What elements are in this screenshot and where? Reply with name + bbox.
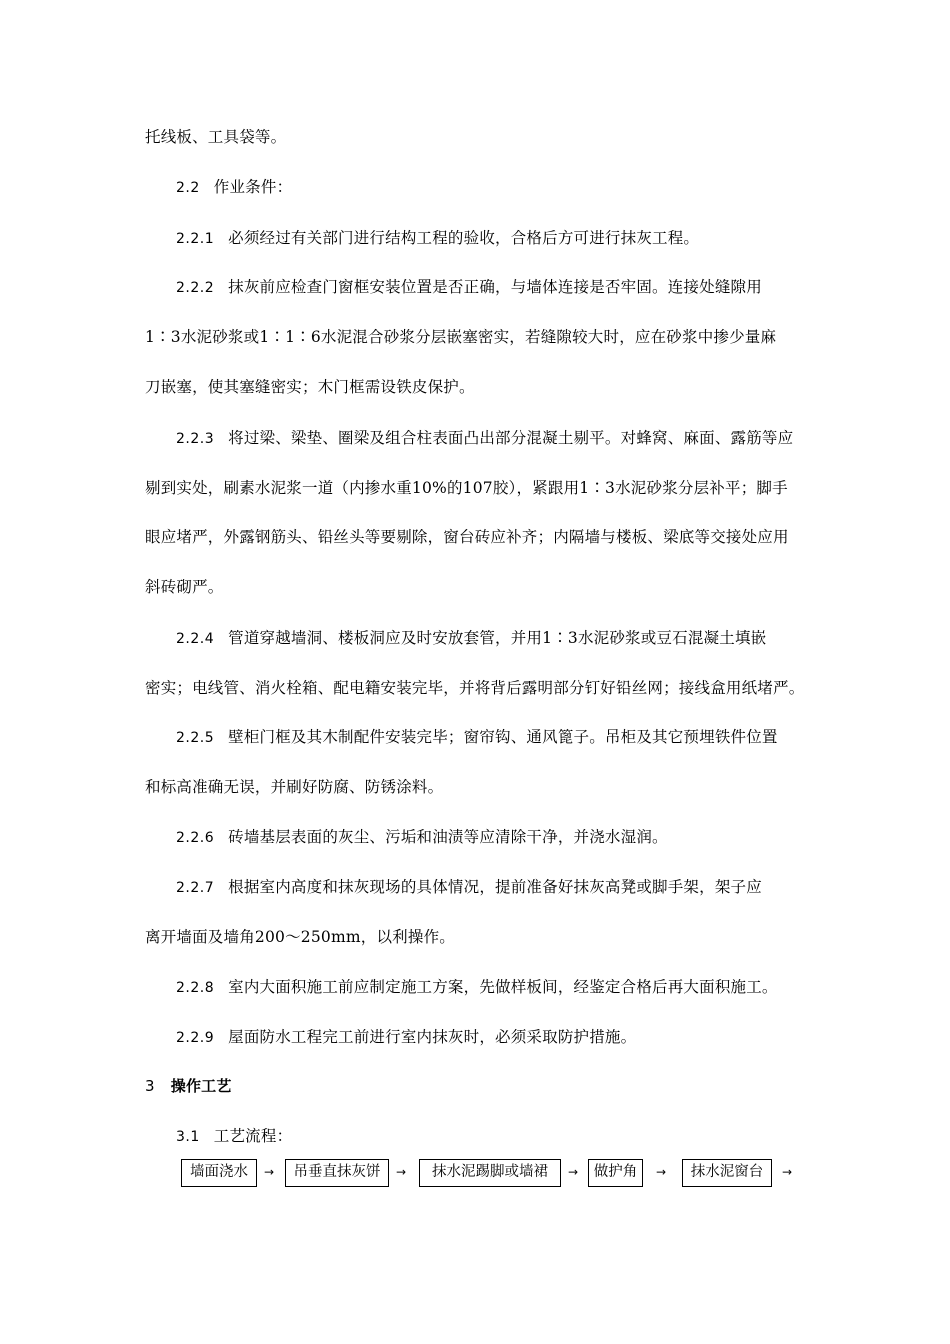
section-title: 作业条件：: [214, 178, 293, 196]
item-text: 砖墙基层表面的灰尘、污垢和油渍等应清除干净，并浇水湿润。: [228, 828, 668, 846]
item-text: 根据室内高度和抹灰现场的具体情况，提前准备好抹灰高凳或脚手架，架子应: [228, 878, 762, 896]
item-number: 2.2.4: [176, 631, 214, 647]
item-number: 2.2.5: [176, 730, 214, 746]
flow-step-2: 吊垂直抹灰饼: [285, 1159, 389, 1187]
item-text: 室内大面积施工前应制定施工方案，先做样板间，经鉴定合格后再大面积施工。: [228, 978, 778, 996]
item-text: 剔到实处，刷素水泥浆一道（内掺水重10%的107胶），紧跟用1∶3水泥砂浆分层补…: [145, 479, 788, 497]
item-text: 壁柜门框及其木制配件安装完毕；窗帘钩、通风篦子。吊柜及其它预埋铁件位置: [228, 728, 778, 746]
document-page: 托线板、工具袋等。 2.2作业条件： 2.2.1必须经过有关部门进行结构工程的验…: [0, 0, 950, 1344]
item-text: 密实；电线管、消火栓箱、配电籍安装完毕，并将背后露明部分钉好铅丝网；接线盒用纸堵…: [145, 679, 804, 697]
item-2-2-4: 2.2.4管道穿越墙洞、楼板洞应及时安放套管，并用1∶3水泥砂浆或豆石混凝土填嵌: [176, 628, 841, 649]
item-text: 管道穿越墙洞、楼板洞应及时安放套管，并用1∶3水泥砂浆或豆石混凝土填嵌: [228, 629, 766, 647]
item-text: 和标高准确无误，并刷好防腐、防锈涂料。: [145, 778, 443, 796]
item-text: 离开墙面及墙角200～250mm，以利操作。: [145, 928, 455, 946]
arrow-right-icon: →: [396, 1163, 406, 1181]
item-2-2-3: 2.2.3将过梁、梁垫、圈梁及组合柱表面凸出部分混凝土剔平。对蜂窝、麻面、露筋等…: [176, 428, 841, 449]
item-2-2-6: 2.2.6砖墙基层表面的灰尘、污垢和油渍等应清除干净，并浇水湿润。: [176, 827, 841, 848]
section-3-heading: 3操作工艺: [145, 1076, 810, 1096]
item-text: 眼应堵严，外露钢筋头、铅丝头等要剔除，窗台砖应补齐；内隔墙与楼板、梁底等交接处应…: [145, 528, 789, 546]
flow-step-4: 做护角: [588, 1159, 643, 1187]
item-text: 必须经过有关部门进行结构工程的验收，合格后方可进行抹灰工程。: [228, 229, 699, 247]
text: 托线板、工具袋等。: [145, 128, 286, 146]
item-2-2-9: 2.2.9屋面防水工程完工前进行室内抹灰时，必须采取防护措施。: [176, 1027, 841, 1048]
item-2-2-3-line-2: 剔到实处，刷素水泥浆一道（内掺水重10%的107胶），紧跟用1∶3水泥砂浆分层补…: [145, 478, 810, 498]
item-2-2-4-line-2: 密实；电线管、消火栓箱、配电籍安装完毕，并将背后露明部分钉好铅丝网；接线盒用纸堵…: [145, 678, 810, 698]
section-number: 3: [145, 1077, 155, 1095]
section-number: 3.1: [176, 1129, 200, 1145]
arrow-right-icon: →: [568, 1163, 578, 1181]
section-3-1-heading: 3.1工艺流程：: [176, 1126, 841, 1147]
item-number: 2.2.9: [176, 1030, 214, 1046]
item-text: 斜砖砌严。: [145, 578, 224, 596]
item-text: 将过梁、梁垫、圈梁及组合柱表面凸出部分混凝土剔平。对蜂窝、麻面、露筋等应: [228, 429, 793, 447]
item-text: 抹灰前应检查门窗框安装位置是否正确，与墙体连接是否牢固。连接处缝隙用: [228, 278, 762, 296]
item-2-2-2: 2.2.2抹灰前应检查门窗框安装位置是否正确，与墙体连接是否牢固。连接处缝隙用: [176, 277, 841, 298]
section-number: 2.2: [176, 180, 200, 196]
item-number: 2.2.8: [176, 980, 214, 996]
item-number: 2.2.1: [176, 231, 214, 247]
item-2-2-3-line-3: 眼应堵严，外露钢筋头、铅丝头等要剔除，窗台砖应补齐；内隔墙与楼板、梁底等交接处应…: [145, 527, 810, 547]
section-title: 操作工艺: [171, 1077, 232, 1095]
flow-step-5: 抹水泥窗台: [682, 1159, 772, 1187]
flow-step-3: 抹水泥踢脚或墙裙: [419, 1159, 561, 1187]
section-2-2-heading: 2.2作业条件：: [176, 177, 841, 198]
item-2-2-1: 2.2.1必须经过有关部门进行结构工程的验收，合格后方可进行抹灰工程。: [176, 228, 841, 249]
item-2-2-8: 2.2.8室内大面积施工前应制定施工方案，先做样板间，经鉴定合格后再大面积施工。: [176, 977, 841, 998]
item-2-2-5: 2.2.5壁柜门框及其木制配件安装完毕；窗帘钩、通风篦子。吊柜及其它预埋铁件位置: [176, 727, 841, 748]
paragraph-continuation: 托线板、工具袋等。: [145, 127, 810, 147]
section-title: 工艺流程：: [214, 1127, 293, 1145]
item-2-2-3-line-4: 斜砖砌严。: [145, 577, 810, 597]
item-2-2-2-line-2: 1∶3水泥砂浆或1∶1∶6水泥混合砂浆分层嵌塞密实，若缝隙较大时，应在砂浆中掺少…: [145, 327, 810, 347]
item-number: 2.2.3: [176, 431, 214, 447]
arrow-right-icon: →: [656, 1163, 666, 1181]
arrow-right-icon: →: [782, 1163, 792, 1181]
item-number: 2.2.7: [176, 880, 214, 896]
item-2-2-5-line-2: 和标高准确无误，并刷好防腐、防锈涂料。: [145, 777, 810, 797]
flow-step-1: 墙面浇水: [181, 1159, 257, 1187]
item-text: 刀嵌塞，使其塞缝密实；木门框需设铁皮保护。: [145, 378, 475, 396]
item-2-2-2-line-3: 刀嵌塞，使其塞缝密实；木门框需设铁皮保护。: [145, 377, 810, 397]
arrow-right-icon: →: [264, 1163, 274, 1181]
item-2-2-7: 2.2.7根据室内高度和抹灰现场的具体情况，提前准备好抹灰高凳或脚手架，架子应: [176, 877, 841, 898]
item-text: 1∶3水泥砂浆或1∶1∶6水泥混合砂浆分层嵌塞密实，若缝隙较大时，应在砂浆中掺少…: [145, 328, 776, 346]
item-text: 屋面防水工程完工前进行室内抹灰时，必须采取防护措施。: [228, 1028, 636, 1046]
item-number: 2.2.2: [176, 280, 214, 296]
item-2-2-7-line-2: 离开墙面及墙角200～250mm，以利操作。: [145, 927, 810, 947]
item-number: 2.2.6: [176, 830, 214, 846]
